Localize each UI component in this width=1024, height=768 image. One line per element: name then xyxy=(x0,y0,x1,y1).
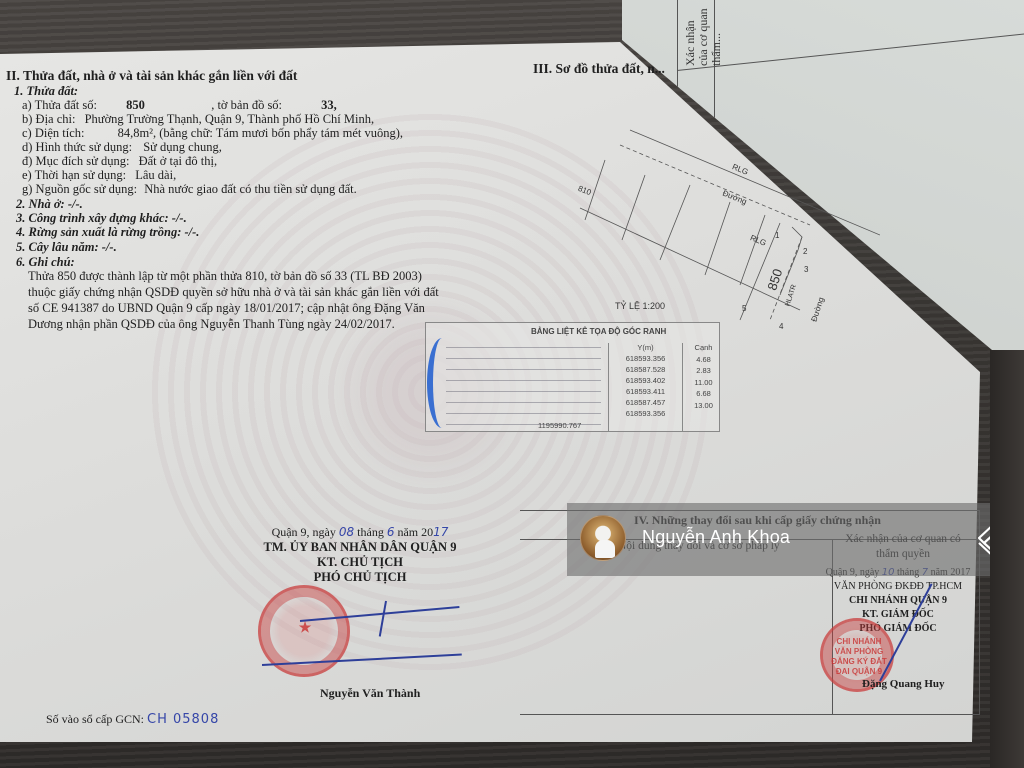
address-value: Phường Trường Thạnh, Quận 9, Thành phố H… xyxy=(85,112,375,126)
month-prefix: tháng xyxy=(357,525,384,539)
map-scale-text: TỶ LỆ 1:200 xyxy=(615,301,665,311)
purpose-row: đ) Mục đích sử dụng: Đất ở tại đô thị, xyxy=(22,154,217,169)
y-value: 618593.411 xyxy=(609,387,682,398)
gcn-label: Số vào sổ cấp GCN: xyxy=(46,712,144,726)
y-value: 618587.528 xyxy=(609,365,682,376)
address-label: b) Địa chỉ: xyxy=(22,112,75,126)
star-icon: ★ xyxy=(277,622,333,632)
other-construction-row: 3. Công trình xây dựng khác: -/-. xyxy=(16,211,187,226)
year-prefix: năm 20 xyxy=(397,525,433,539)
area-row: c) Diện tích: 84,8m², (bằng chữ: Tám mươ… xyxy=(22,126,403,141)
x-value: 1195990.767 xyxy=(538,421,581,430)
coordinate-table: BẢNG LIỆT KÊ TỌA ĐỘ GÓC RANH Y(m) 618593… xyxy=(425,322,720,432)
map-sheet-label: , tờ bản đồ số: xyxy=(211,98,282,112)
map-point-3: 3 xyxy=(804,265,808,274)
office-line-2: CHI NHÁNH QUẬN 9 xyxy=(818,594,978,608)
parcel-number-label: a) Thửa đất số: xyxy=(22,98,97,112)
address-row: b) Địa chỉ: Phường Trường Thạnh, Quận 9,… xyxy=(22,112,374,127)
y-value: 618593.356 xyxy=(609,409,682,420)
issuer-org-line-1: TM. ỦY BAN NHÂN DÂN QUẬN 9 xyxy=(240,540,480,555)
origin-value: Nhà nước giao đất có thu tiền sử dụng đấ… xyxy=(144,182,356,196)
confirm-vertical-label: Xác nhận của cơ quan thẩm... xyxy=(684,6,710,66)
area-label: c) Diện tích: xyxy=(22,126,84,140)
gcn-register-row: Số vào sổ cấp GCN: CH 05808 xyxy=(46,712,219,727)
parcel-heading: 1. Thửa đất: xyxy=(14,84,78,99)
issue-date: Quận 9, ngày 08 tháng 6 năm 2017 xyxy=(240,525,480,540)
office-line-1: VĂN PHÒNG ĐKĐĐ TP.HCM xyxy=(818,580,978,594)
origin-label: g) Nguồn gốc sử dụng: xyxy=(22,182,137,196)
issue-day: 08 xyxy=(339,525,354,539)
map-sheet-number: 33, xyxy=(321,98,337,113)
coordinate-table-heading: BẢNG LIỆT KÊ TỌA ĐỘ GÓC RANH xyxy=(531,327,666,336)
origin-row: g) Nguồn gốc sử dụng: Nhà nước giao đất … xyxy=(22,182,357,197)
term-label: e) Thời hạn sử dụng: xyxy=(22,168,126,182)
y-column: Y(m) 618593.356 618587.528 618593.402 61… xyxy=(608,343,683,431)
term-value: Lâu dài, xyxy=(135,168,176,182)
parcel-map-sketch xyxy=(560,120,880,340)
forest-row: 4. Rừng sản xuất là rừng trồng: -/-. xyxy=(16,225,199,240)
term-row: e) Thời hạn sử dụng: Lâu dài, xyxy=(22,168,176,183)
usage-form-value: Sử dụng chung, xyxy=(143,140,222,154)
section-3-title: III. Sơ đồ thửa đất, n... xyxy=(533,61,665,77)
house-row: 2. Nhà ở: -/-. xyxy=(16,197,83,212)
area-value: 84,8m², (bằng chữ: Tám mươi bốn phẩy tám… xyxy=(118,126,403,140)
edge-value: 6.68 xyxy=(686,389,721,401)
edge-value: 11.00 xyxy=(686,378,721,390)
office-signer-name: Đặng Quang Huy xyxy=(862,678,945,690)
edge-value: 13.00 xyxy=(686,401,721,413)
y-value: 618593.356 xyxy=(609,354,682,365)
blue-ink-mark xyxy=(427,338,457,428)
map-point-2: 2 xyxy=(803,247,807,256)
edge-header: Cạnh xyxy=(686,343,721,355)
table-line xyxy=(677,32,1024,71)
map-point-1: 1 xyxy=(775,231,779,240)
parcel-number-row: a) Thửa đất số: 850 , tờ bản đồ số: 33, xyxy=(22,98,337,113)
edge-value: 4.68 xyxy=(686,355,721,367)
issue-year-suffix: 17 xyxy=(433,525,448,539)
y-value: 618587.457 xyxy=(609,398,682,409)
gcn-number: CH 05808 xyxy=(147,712,219,727)
edge-column: Cạnh 4.68 2.83 11.00 6.68 13.00 xyxy=(686,343,721,431)
usage-form-row: d) Hình thức sử dụng: Sử dụng chung, xyxy=(22,140,222,155)
map-point-4: 4 xyxy=(779,322,783,331)
usage-form-label: d) Hình thức sử dụng: xyxy=(22,140,132,154)
parcel-number: 850 xyxy=(126,98,208,113)
notes-text: Thửa 850 được thành lập từ một phần thửa… xyxy=(28,268,448,332)
y-value: 618593.402 xyxy=(609,376,682,387)
user-avatar-icon[interactable] xyxy=(580,515,626,561)
issuer-signer-name: Nguyễn Văn Thành xyxy=(320,686,420,701)
date-prefix: Quận 9, ngày xyxy=(272,525,336,539)
edge-value: 2.83 xyxy=(686,366,721,378)
issuer-org-line-3: PHÓ CHỦ TỊCH xyxy=(240,570,480,585)
section-2-title: II. Thửa đất, nhà ở và tài sản khác gắn … xyxy=(6,68,297,84)
office-stamp-text: CHI NHÁNH VĂN PHÒNG ĐĂNG KÝ ĐẤT ĐAI QUẬN… xyxy=(831,637,887,677)
map-point-5: 5 xyxy=(742,304,746,313)
blurred-table-content xyxy=(446,345,601,425)
issuer-org-line-2: KT. CHỦ TỊCH xyxy=(240,555,480,570)
purpose-value: Đất ở tại đô thị, xyxy=(139,154,217,168)
issue-month: 6 xyxy=(387,525,395,539)
table-edge xyxy=(990,350,1024,768)
poster-name[interactable]: Nguyễn Anh Khoa xyxy=(642,527,790,548)
purpose-label: đ) Mục đích sử dụng: xyxy=(22,154,129,168)
issuer-signature-block: Quận 9, ngày 08 tháng 6 năm 2017 TM. ỦY … xyxy=(240,525,480,585)
y-header: Y(m) xyxy=(609,343,682,354)
perennial-row: 5. Cây lâu năm: -/-. xyxy=(16,240,117,255)
